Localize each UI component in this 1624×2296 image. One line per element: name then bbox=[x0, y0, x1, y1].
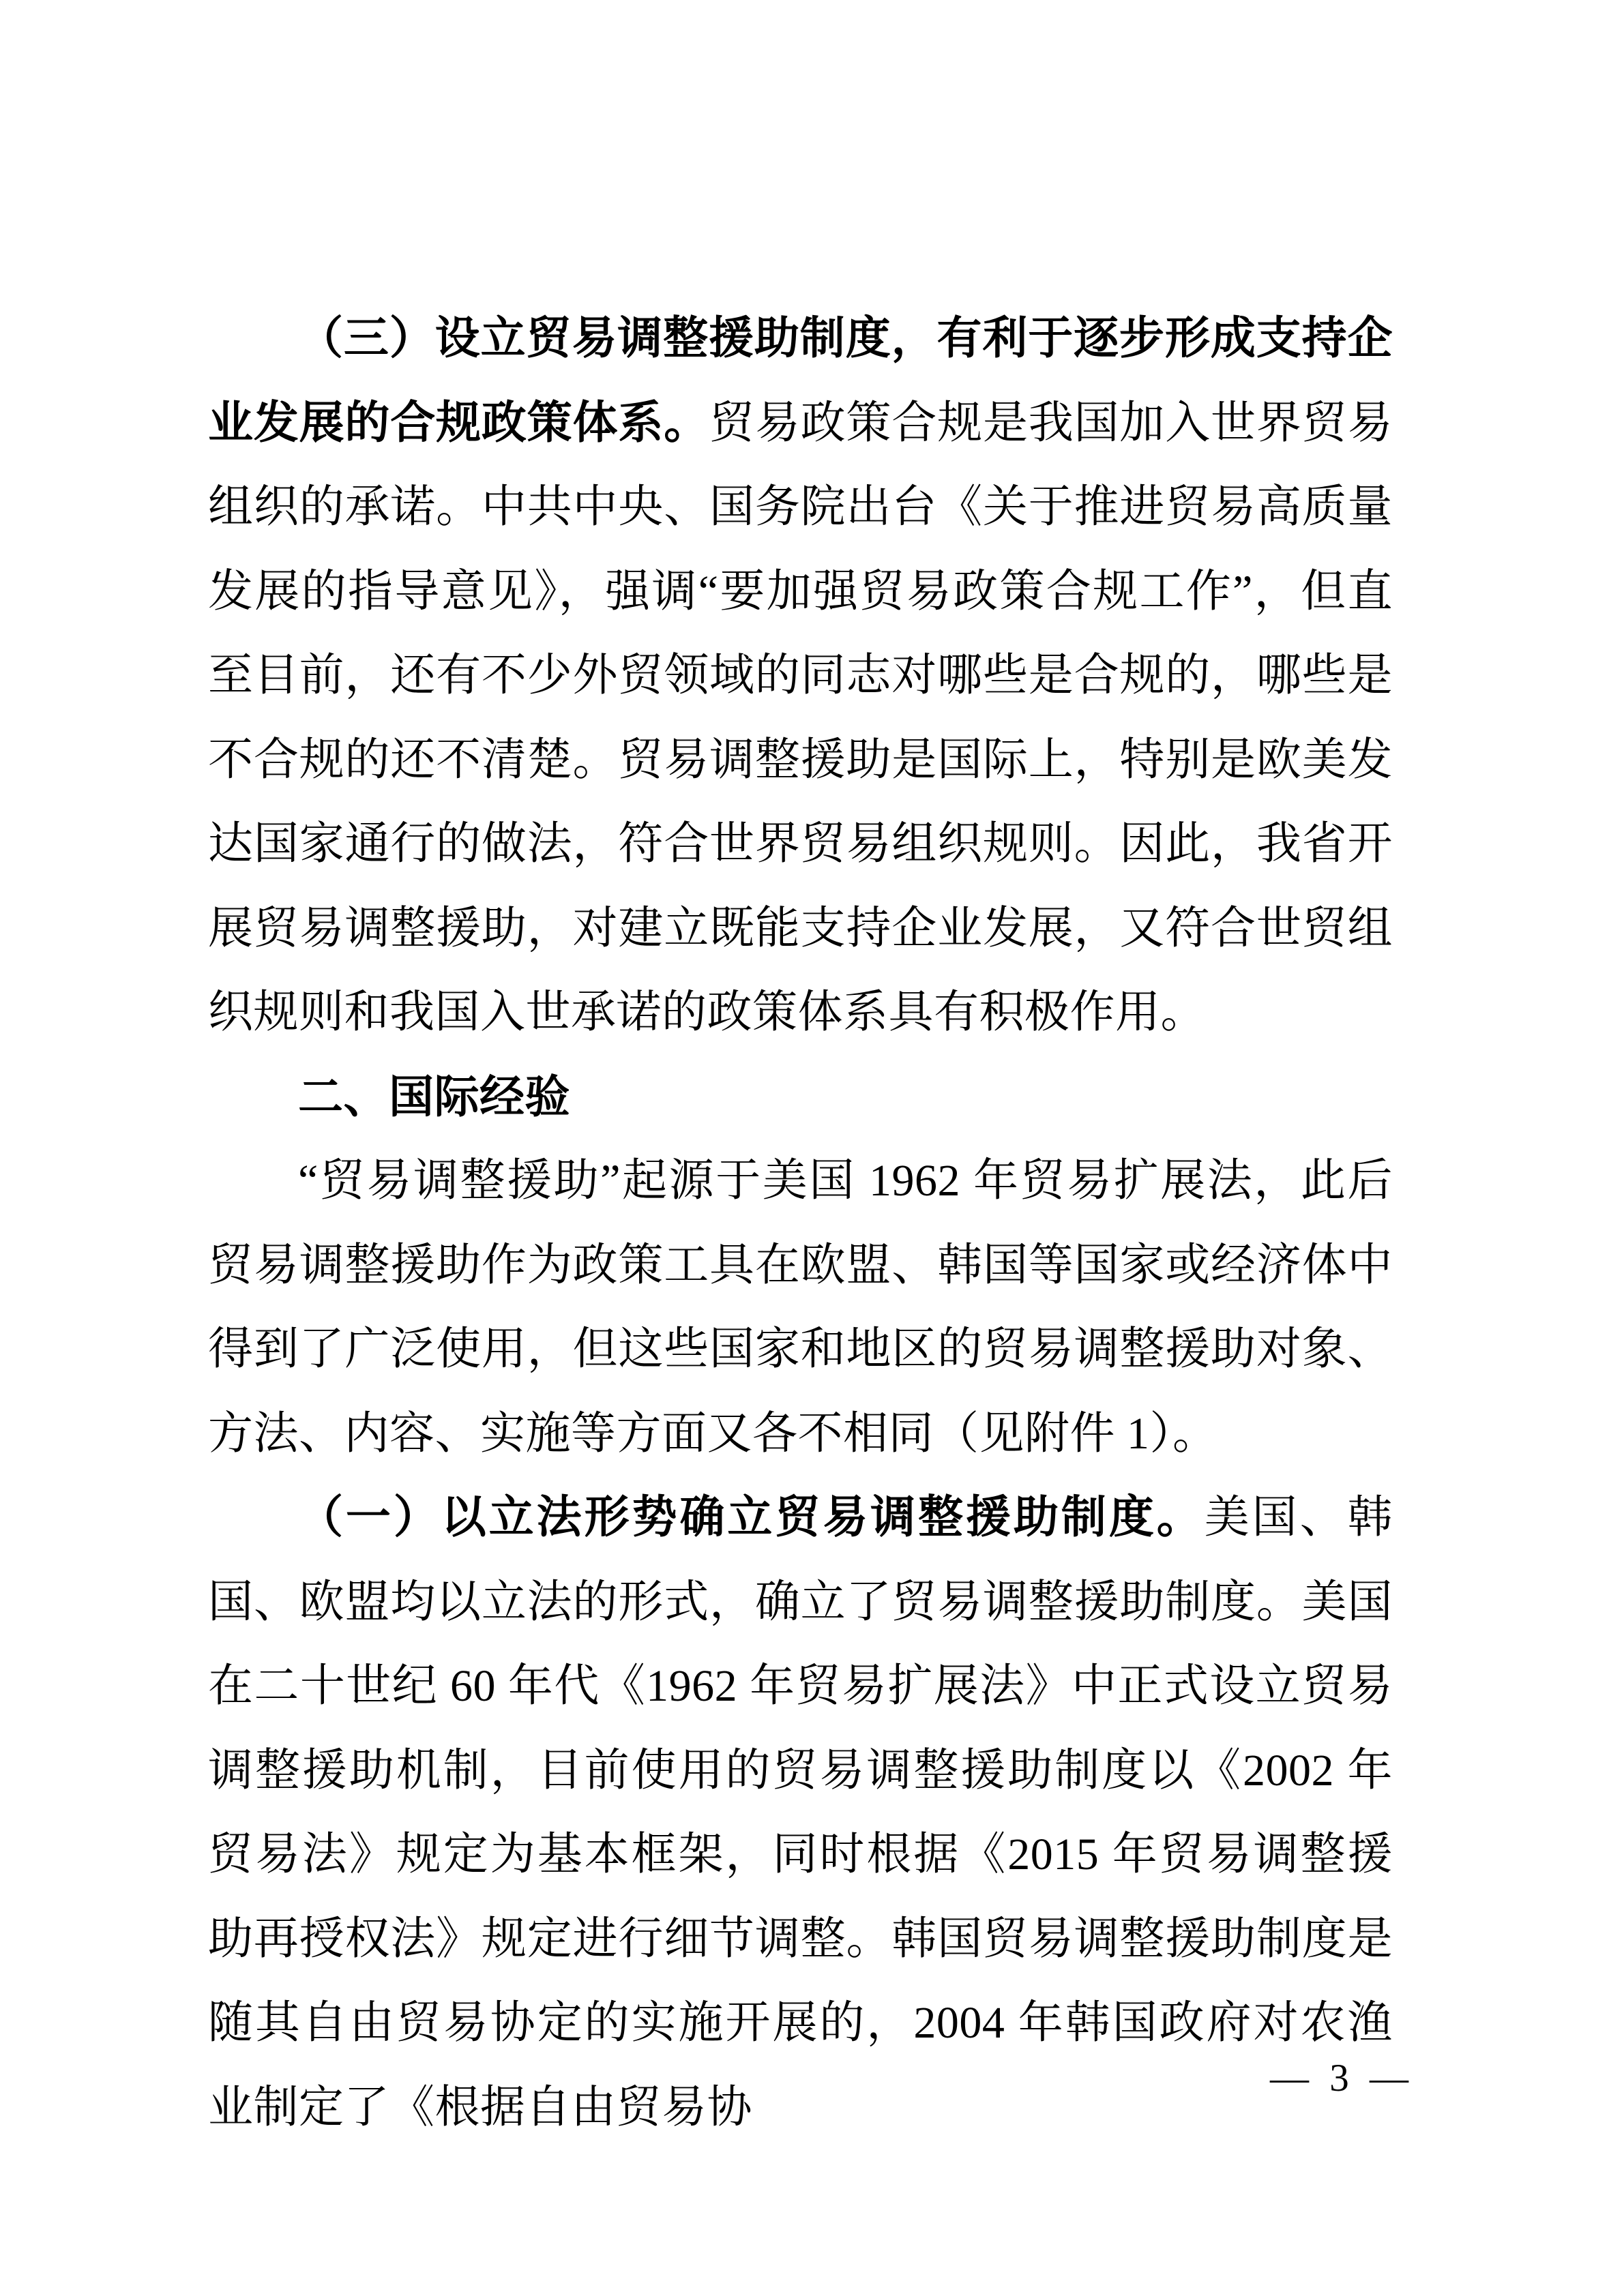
section-1-lead: （一）以立法形势确立贸易调整援助制度。 bbox=[298, 1493, 1205, 1542]
paragraph-section-3: （三）设立贸易调整援助制度，有利于逐步形成支持企业发展的合规政策体系。贸易政策合… bbox=[208, 297, 1393, 1055]
section-1-body-text: 美国、韩国、欧盟均以立法的形式，确立了贸易调整援助制度。美国在二十世纪 60 年… bbox=[208, 1493, 1393, 2132]
section-3-body-text: 贸易政策合规是我国加入世界贸易组织的承诺。中共中央、国务院出台《关于推进贸易高质… bbox=[208, 398, 1393, 1038]
document-page: （三）设立贸易调整援助制度，有利于逐步形成支持企业发展的合规政策体系。贸易政策合… bbox=[0, 0, 1624, 2296]
document-body: （三）设立贸易调整援助制度，有利于逐步形成支持企业发展的合规政策体系。贸易政策合… bbox=[208, 297, 1393, 2149]
paragraph-section-1: （一）以立法形势确立贸易调整援助制度。美国、韩国、欧盟均以立法的形式，确立了贸易… bbox=[208, 1476, 1393, 2149]
page-number: — 3 — bbox=[1270, 2051, 1408, 2106]
heading-international-experience: 二、国际经验 bbox=[208, 1055, 1393, 1139]
paragraph-taa-origin: “贸易调整援助”起源于美国 1962 年贸易扩展法，此后贸易调整援助作为政策工具… bbox=[208, 1139, 1393, 1476]
